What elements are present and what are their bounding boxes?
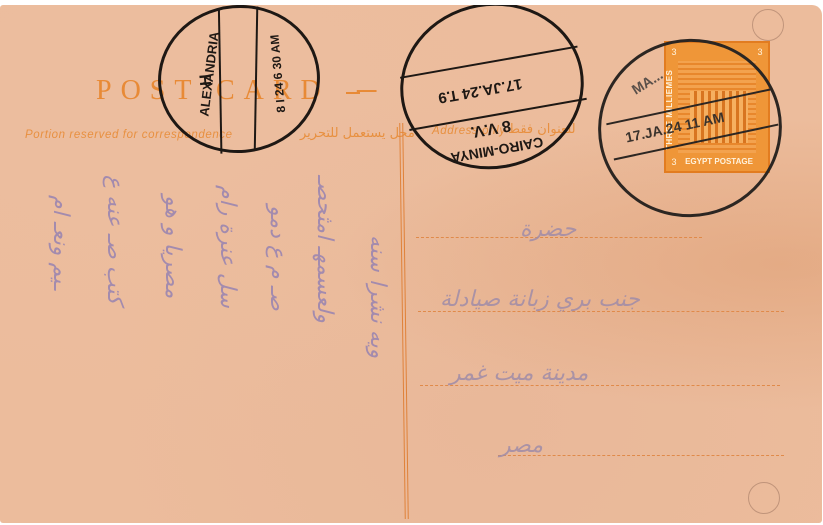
handwriting-column: صـ م ع دمو	[265, 205, 290, 311]
handwriting-column: ويه نشرا سنه	[365, 235, 390, 358]
postmark-bar	[400, 46, 578, 79]
postmark-code: H	[197, 73, 216, 86]
address-handwriting-line: حضرة	[520, 217, 576, 242]
correspondence-handwriting: ويه نشرا سنه ولعسمهـ امثحصـ صـ م ع دمو س…	[20, 165, 395, 515]
handwriting-column: مصريا و هو	[160, 195, 185, 298]
punch-mark-top	[752, 9, 784, 41]
postmark-date: 17.JA.24 T.9	[437, 75, 524, 107]
postcard-title-arabic: ـــ	[357, 73, 376, 98]
postcard: POST CARD ـــ Portion reserved for corre…	[0, 5, 822, 523]
stamp-corner-value: 3	[754, 45, 766, 59]
handwriting-column: ولعسمهـ امثحصـ	[312, 175, 337, 323]
address-handwriting-line: مدينة ميت غمر	[450, 361, 588, 386]
postmark-bar	[218, 10, 223, 154]
address-handwriting-line: مصر	[500, 433, 543, 458]
section-divider	[399, 123, 409, 519]
postmark-bar	[254, 7, 259, 151]
postmark-city: MA...	[629, 66, 666, 97]
address-handwriting-line: جنب بري زبانة صيادلة	[440, 287, 640, 312]
postmark-city: CAIRO-MINYA	[450, 134, 545, 166]
postmark-date: 8 I 24 6 30 AM	[267, 34, 288, 113]
postmark-cairo-minya: 17.JA.24 T.9 8 V.V. CAIRO-MINYA	[387, 5, 597, 184]
handwriting-column: سل عنرة رام	[215, 185, 240, 308]
correspondence-label-arabic: محل يستعمل للتحرير	[300, 126, 415, 141]
punch-mark-bottom	[748, 482, 780, 514]
handwriting-column: ـيم ونعـ ام	[48, 195, 73, 290]
handwriting-column: كتب صـ عنه ع	[102, 175, 127, 305]
